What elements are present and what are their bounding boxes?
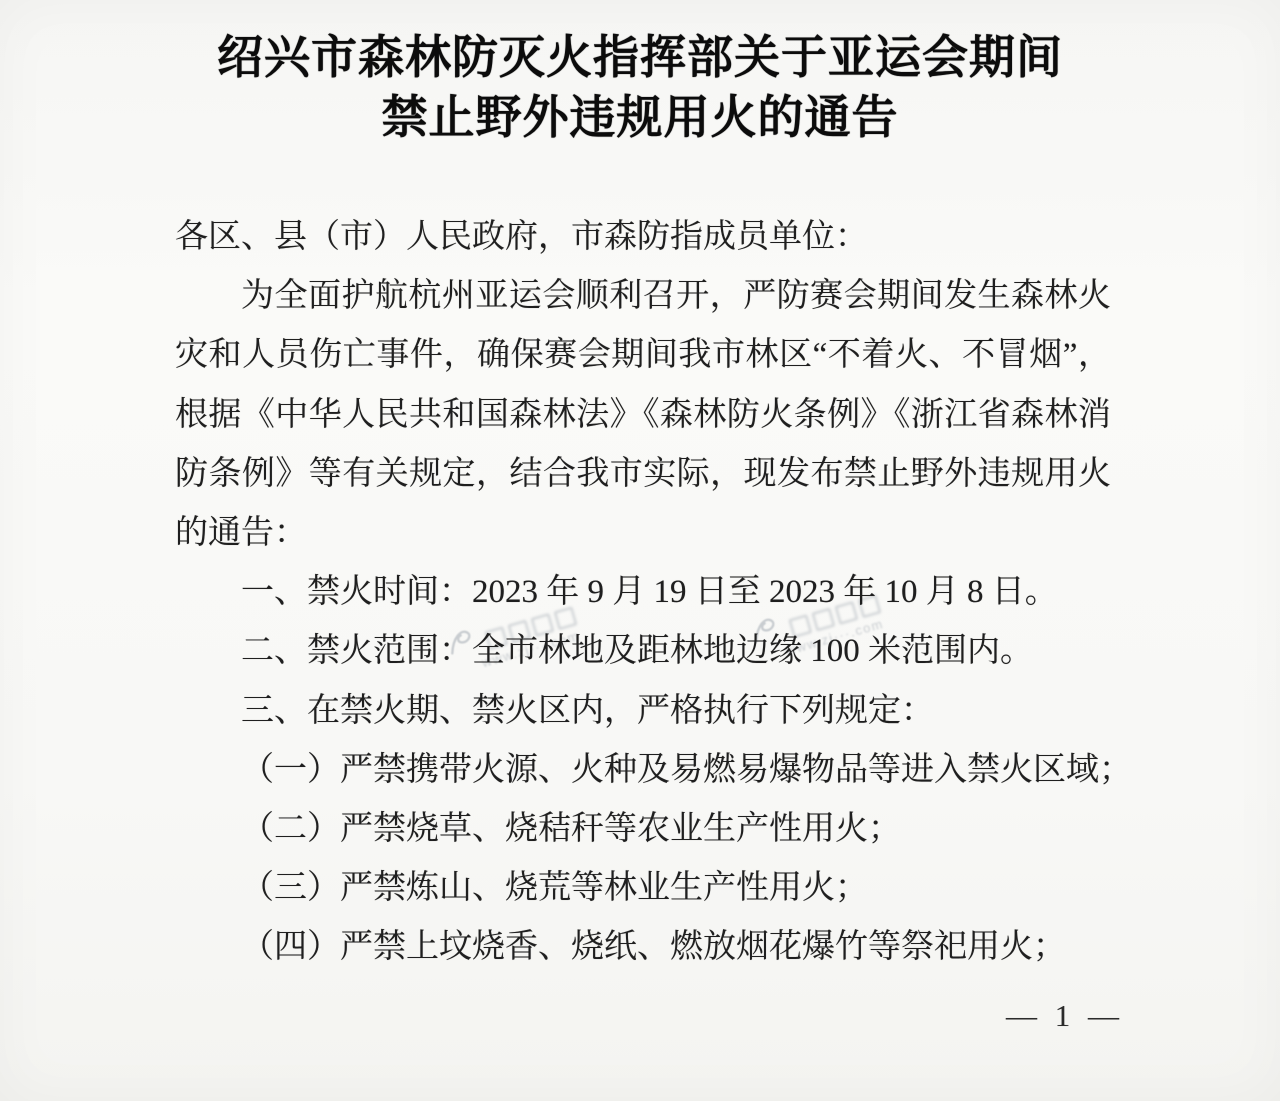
body-line-3: 根据《中华人民共和国森林法》《森林防火条例》《浙江省森林消 — [175, 386, 1111, 445]
salutation-line: 各区、县（市）人民政府，市森防指成员单位： — [175, 208, 1111, 267]
body-line-4: 防条例》等有关规定，结合我市实际，现发布禁止野外违规用火 — [175, 445, 1111, 504]
scanned-notice-page: www.zj···.com www.zj···.com 绍兴市森林防灭火指挥部关… — [0, 0, 1280, 1101]
doc-body: 各区、县（市）人民政府，市森防指成员单位： 为全面护航杭州亚运会顺利召开，严防赛… — [175, 208, 1111, 977]
item-1-fire-ban-period: 一、禁火时间：2023 年 9 月 19 日至 2023 年 10 月 8 日。 — [175, 563, 1111, 622]
page-title: 绍兴市森林防灭火指挥部关于亚运会期间 禁止野外违规用火的通告 — [0, 28, 1280, 148]
sub-item-2: （二）严禁烧草、烧秸秆等农业生产性用火； — [175, 800, 1111, 859]
body-line-2: 灾和人员伤亡事件，确保赛会期间我市林区“不着火、不冒烟”， — [175, 326, 1111, 385]
doc-title-line-1: 绍兴市森林防灭火指挥部关于亚运会期间 — [0, 28, 1280, 88]
sub-item-3: （三）严禁炼山、烧荒等林业生产性用火； — [175, 859, 1111, 918]
item-3-rules-header: 三、在禁火期、禁火区内，严格执行下列规定： — [175, 682, 1111, 741]
sub-item-4: （四）严禁上坟烧香、烧纸、燃放烟花爆竹等祭祀用火； — [175, 918, 1111, 977]
doc-title-line-2: 禁止野外违规用火的通告 — [0, 88, 1280, 148]
body-line-1: 为全面护航杭州亚运会顺利召开，严防赛会期间发生森林火 — [175, 267, 1111, 326]
body-line-close: 的通告： — [175, 504, 1111, 563]
page-number: — 1 — — [1006, 996, 1124, 1036]
item-2-fire-ban-area: 二、禁火范围：全市林地及距林地边缘 100 米范围内。 — [175, 622, 1111, 681]
sub-item-1: （一）严禁携带火源、火种及易燃易爆物品等进入禁火区域； — [175, 741, 1111, 800]
